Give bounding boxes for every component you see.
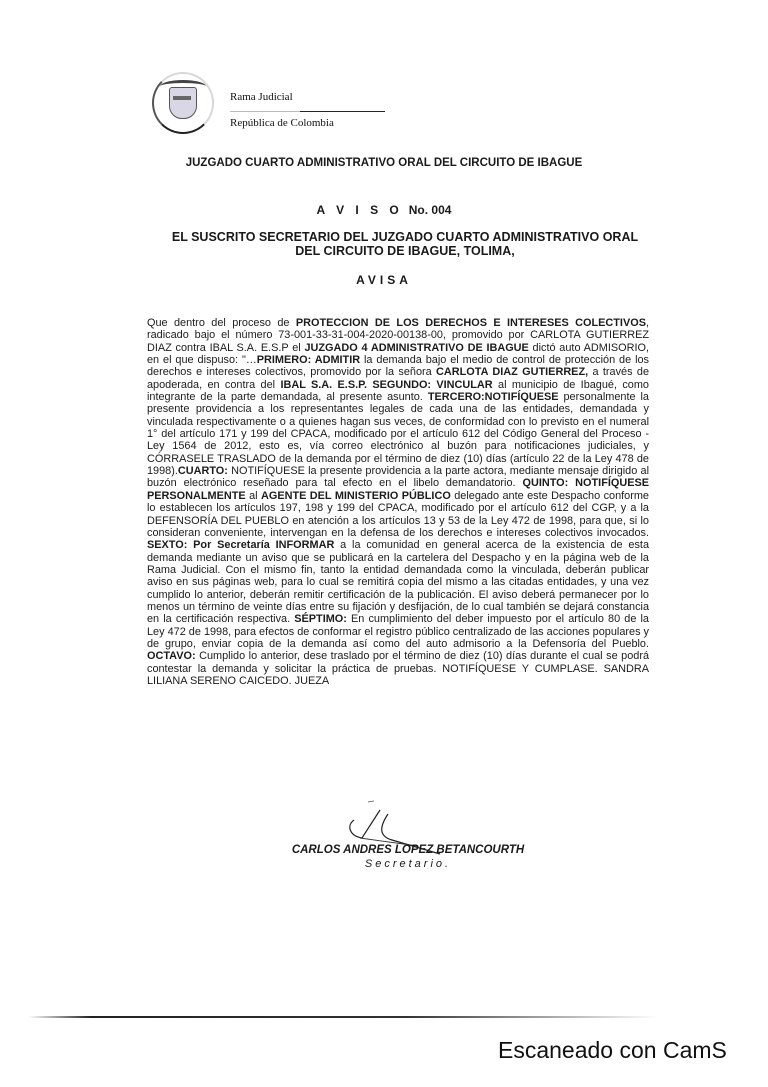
body-bold: PROTECCION DE LOS DERECHOS E INTERESES C… [296, 317, 646, 329]
notice-number-heading: A V I S ONo. 004 [0, 203, 768, 217]
body-bold: OCTAVO: [147, 650, 196, 662]
body-text: Cumplido lo anterior, dese traslado por … [147, 650, 649, 687]
org-country: República de Colombia [230, 117, 334, 129]
coat-of-arms-logo [152, 72, 214, 134]
body-text: al [246, 490, 261, 502]
body-bold: CUARTO: [178, 465, 228, 477]
signer-role: Secretario. [278, 858, 538, 870]
secretary-heading: EL SUSCRITO SECRETARIO DEL JUZGADO CUART… [160, 230, 650, 258]
body-bold: CARLOTA DIAZ GUTIERREZ, [436, 366, 588, 378]
avisa-heading: AVISA [0, 273, 768, 287]
signer-name: CARLOS ANDRES LOPEZ BETANCOURTH [278, 844, 538, 856]
notice-body: Que dentro del proceso de PROTECCION DE … [147, 317, 649, 687]
court-title: JUZGADO CUARTO ADMINISTRATIVO ORAL DEL C… [0, 157, 768, 169]
notice-number: No. 004 [409, 203, 452, 217]
body-bold: IBAL S.A. E.S.P. SEGUNDO: VINCULAR [280, 379, 492, 391]
document-page: Rama Judicial República de Colombia JUZG… [0, 0, 768, 1087]
body-bold: AGENTE DEL MINISTERIO PÚBLICO [261, 490, 451, 502]
org-name: Rama Judicial [230, 91, 293, 103]
notice-label: A V I S O [317, 203, 403, 217]
body-bold: PRIMERO: ADMITIR [257, 354, 360, 366]
colombia-coat-of-arms-icon [169, 87, 197, 119]
page-bottom-divider [28, 1016, 658, 1018]
body-text: Que dentro del proceso de [147, 317, 296, 329]
header-divider [230, 111, 385, 112]
scanner-watermark: Escaneado con CamS [498, 1037, 727, 1064]
body-bold: SEXTO: Por Secretaría INFORMAR [147, 539, 334, 551]
body-bold: SÉPTIMO: [294, 613, 347, 625]
body-bold: JUZGADO 4 ADMINISTRATIVO DE IBAGUE [304, 342, 528, 354]
body-bold: TERCERO:NOTIFÍQUESE [428, 391, 559, 403]
